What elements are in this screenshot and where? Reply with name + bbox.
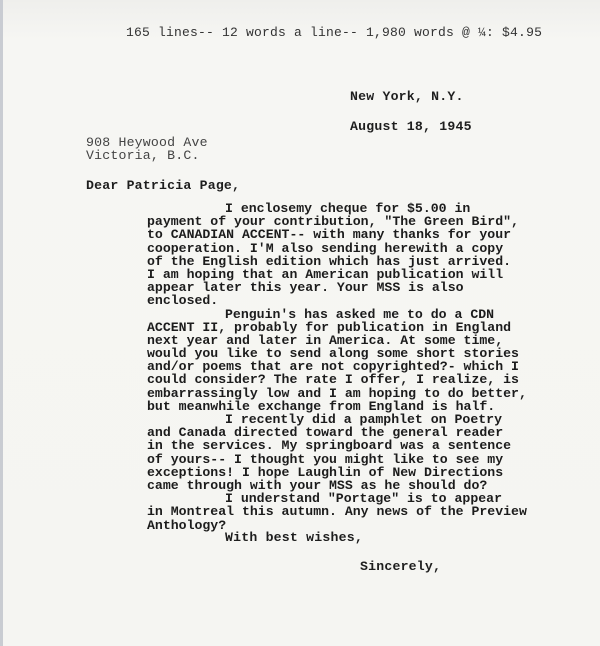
signoff: Sincerely, [360, 560, 441, 573]
body-line: in the services. My springboard was a se… [147, 439, 527, 452]
word-count-note: 165 lines-- 12 words a line-- 1,980 word… [126, 26, 542, 39]
body-line: to CANADIAN ACCENT-- with many thanks fo… [147, 228, 527, 241]
body-line: Penguin's has asked me to do a CDN [147, 308, 527, 321]
body-line: ACCENT II, probably for publication in E… [147, 321, 527, 334]
body-line: of yours-- I thought you might like to s… [147, 453, 527, 466]
body-line: of the English edition which has just ar… [147, 255, 527, 268]
letter-body: I enclosemy cheque for $5.00 inpayment o… [147, 202, 527, 532]
body-line: enclosed. [147, 294, 527, 307]
closing: With best wishes, [225, 531, 363, 544]
body-line: exceptions! I hope Laughlin of New Direc… [147, 466, 527, 479]
body-line: embarrassingly low and I am hoping to do… [147, 387, 527, 400]
recipient-address-line-2: Victoria, B.C. [86, 149, 200, 162]
letter-page: 165 lines-- 12 words a line-- 1,980 word… [0, 0, 600, 646]
body-line: in Montreal this autumn. Any news of the… [147, 505, 527, 518]
salutation: Dear Patricia Page, [86, 179, 240, 192]
page-edge [0, 0, 3, 646]
body-line: cooperation. I'M also sending herewith a… [147, 242, 527, 255]
letter-date: August 18, 1945 [350, 120, 472, 133]
sender-place: New York, N.Y. [350, 90, 464, 103]
body-line: could consider? The rate I offer, I real… [147, 373, 527, 386]
